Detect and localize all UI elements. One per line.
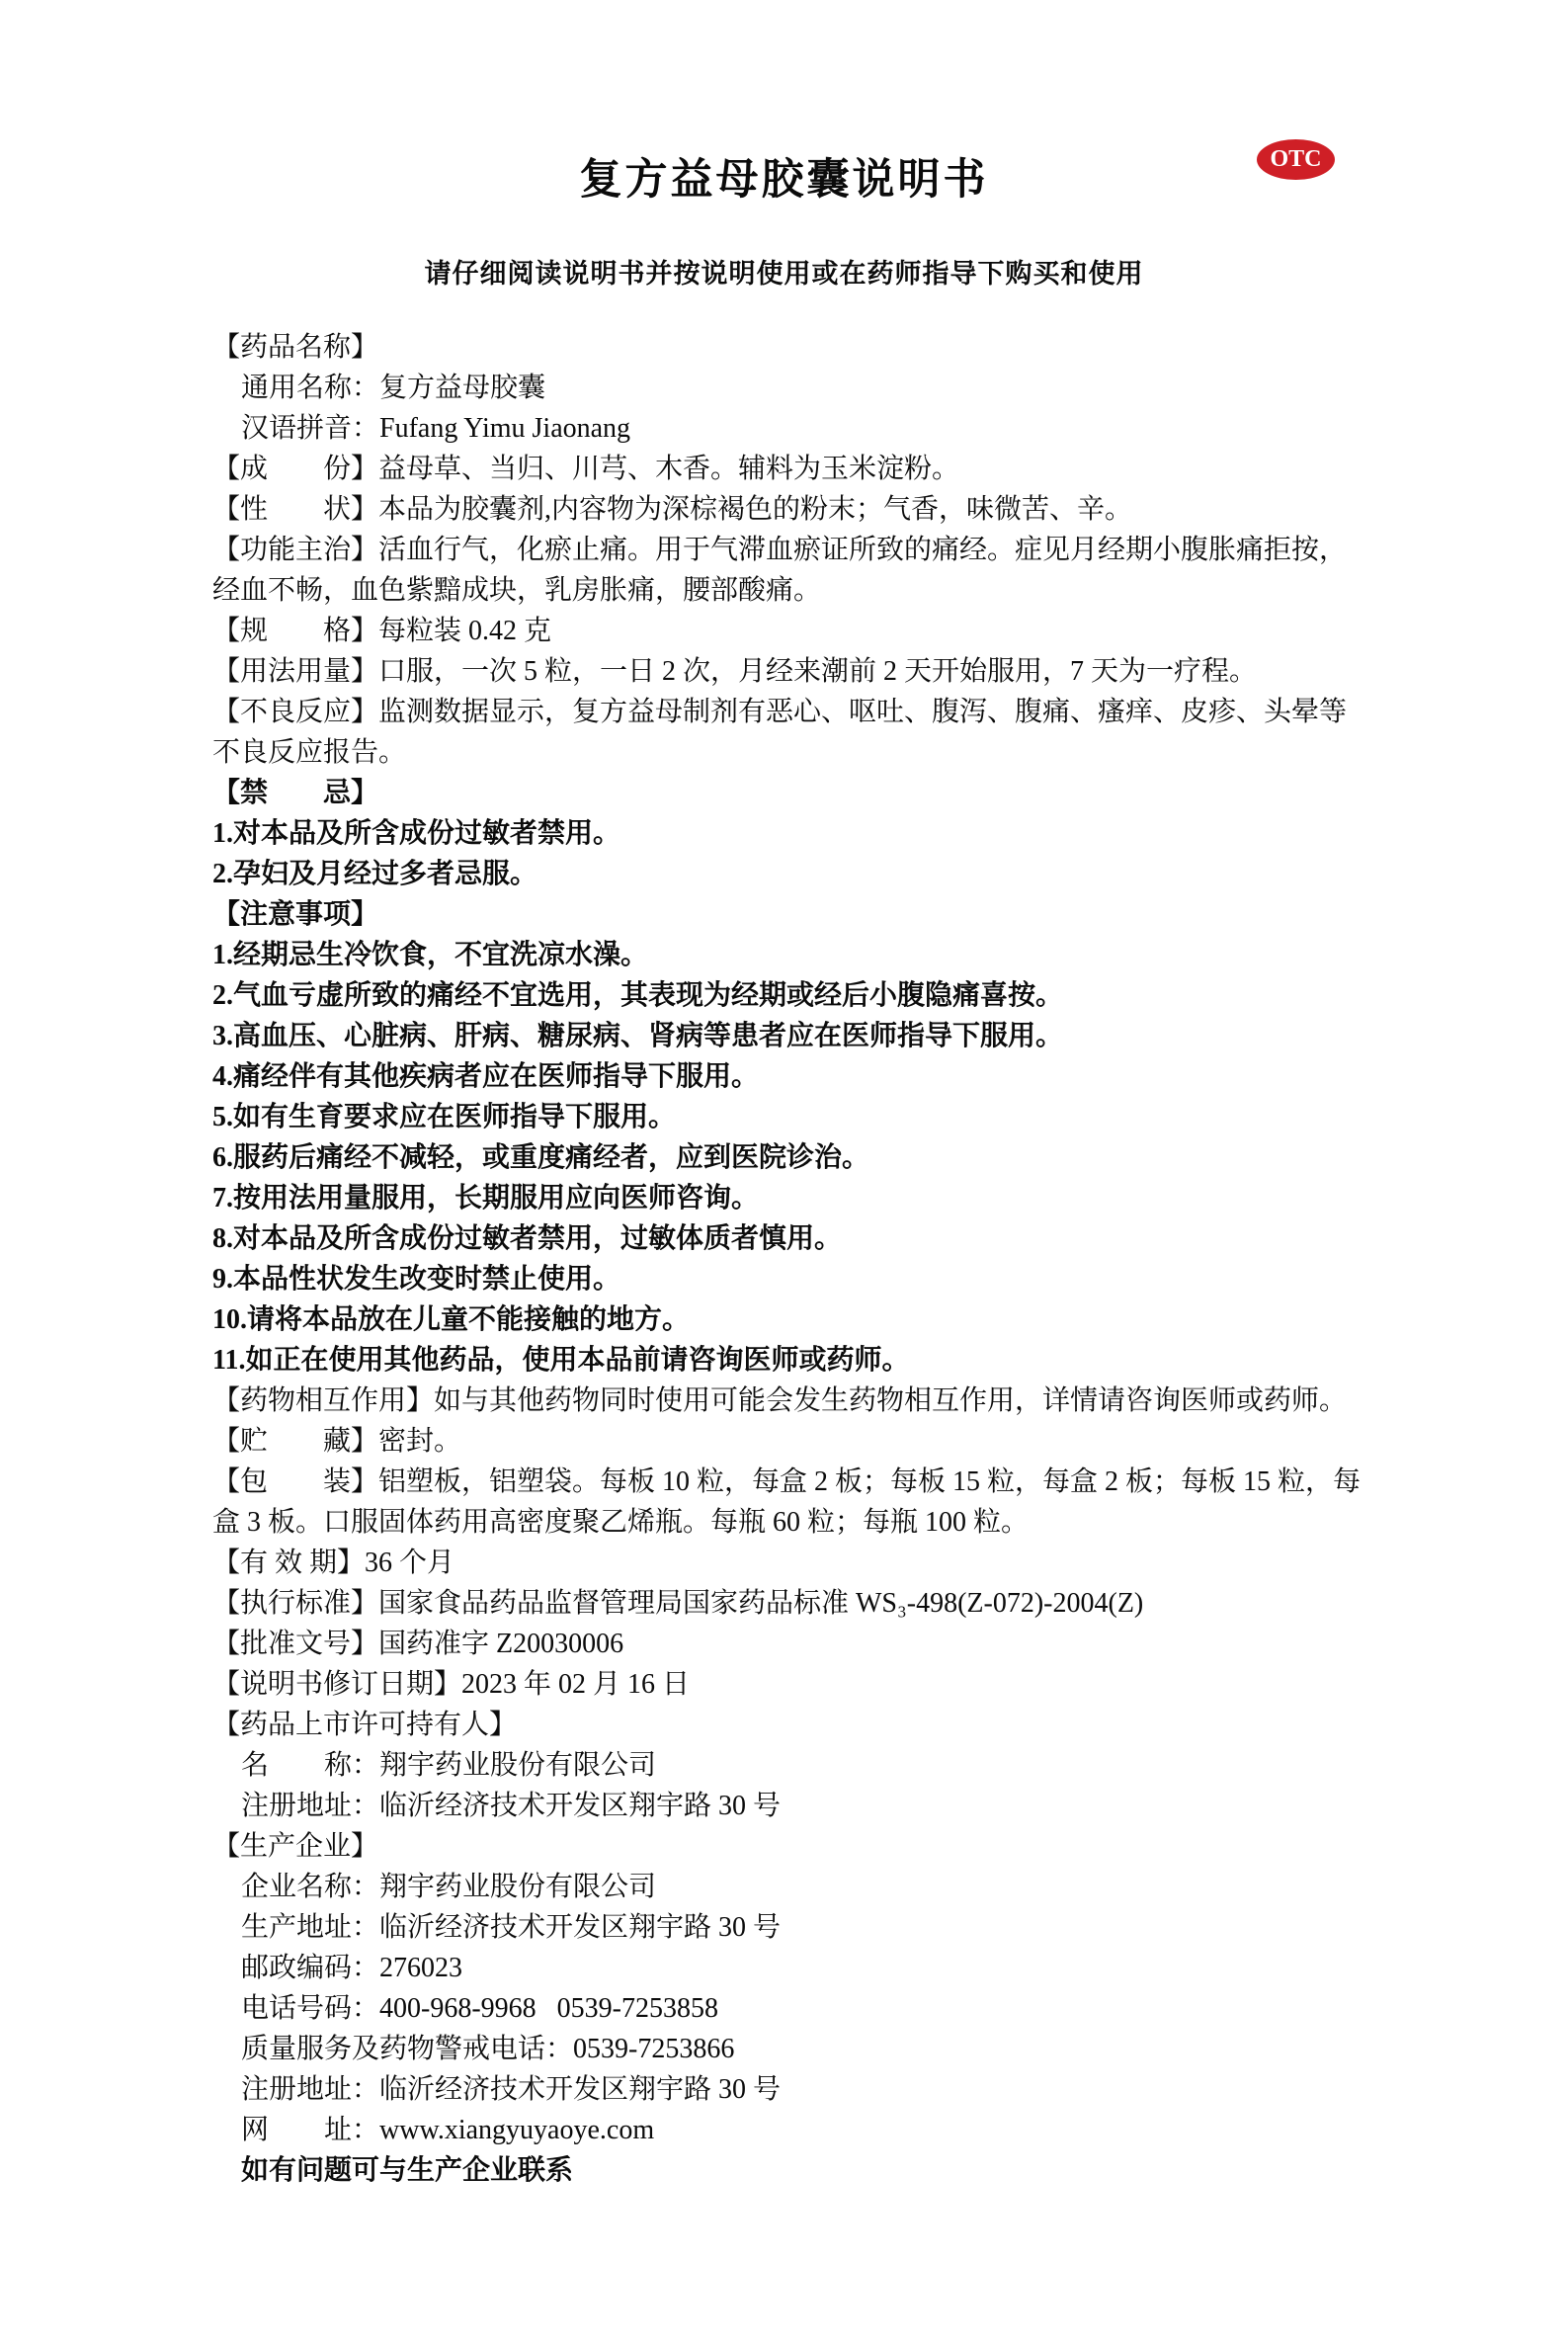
leaflet-header: 复方益母胶囊说明书 OTC 请仔细阅读说明书并按说明使用或在药师指导下购买和使用 [0,0,1568,291]
leaflet-line: 通用名称：复方益母胶囊 [212,368,1420,408]
leaflet-line: 7.按用法用量服用，长期服用应向医师咨询。 [212,1178,1420,1218]
leaflet-line: 【规 格】每粒装 0.42 克 [212,611,1420,651]
leaflet-line: 11.如正在使用其他药品，使用本品前请咨询医师或药师。 [212,1340,1420,1381]
leaflet-line: 【成 份】益母草、当归、川芎、木香。辅料为玉米淀粉。 [212,449,1420,489]
leaflet-line: 8.对本品及所含成份过敏者禁用，过敏体质者慎用。 [212,1218,1420,1259]
leaflet-line: 名 称：翔宇药业股份有限公司 [212,1745,1420,1786]
leaflet-line: 【注意事项】 [212,894,1420,935]
leaflet-line: 企业名称：翔宇药业股份有限公司 [212,1867,1420,1907]
leaflet-line: 9.本品性状发生改变时禁止使用。 [212,1259,1420,1299]
leaflet-body: 【药品名称】通用名称：复方益母胶囊汉语拼音：Fufang Yimu Jiaona… [212,327,1420,2191]
leaflet-line: 注册地址：临沂经济技术开发区翔宇路 30 号 [212,1786,1420,1826]
leaflet-line: 【功能主治】活血行气，化瘀止痛。用于气滞血瘀证所致的痛经。症见月经期小腹胀痛拒按… [212,530,1420,570]
leaflet-line: 汉语拼音：Fufang Yimu Jiaonang [212,408,1420,449]
page-subtitle: 请仔细阅读说明书并按说明使用或在药师指导下购买和使用 [0,252,1568,291]
otc-badge-icon: OTC [1257,139,1335,180]
leaflet-line: 不良反应报告。 [212,732,1420,773]
leaflet-line: 【禁 忌】 [212,773,1420,813]
leaflet-line: 网 址：www.xiangyuyaoye.com [212,2110,1420,2150]
leaflet-line: 经血不畅，血色紫黯成块，乳房胀痛，腰部酸痛。 [212,570,1420,611]
leaflet-line: 2.气血亏虚所致的痛经不宜选用，其表现为经期或经后小腹隐痛喜按。 [212,975,1420,1016]
leaflet-line: 【药物相互作用】如与其他药物同时使用可能会发生药物相互作用，详情请咨询医师或药师… [212,1381,1420,1421]
leaflet-line: 2.孕妇及月经过多者忌服。 [212,854,1420,894]
leaflet-line: 盒 3 板。口服固体药用高密度聚乙烯瓶。每瓶 60 粒；每瓶 100 粒。 [212,1502,1420,1543]
leaflet-line: 4.痛经伴有其他疾病者应在医师指导下服用。 [212,1056,1420,1097]
leaflet-line: 【药品上市许可持有人】 [212,1705,1420,1745]
leaflet-line: 1.对本品及所含成份过敏者禁用。 [212,813,1420,854]
leaflet-line: 质量服务及药物警戒电话：0539-7253866 [212,2029,1420,2069]
leaflet-line: 1.经期忌生冷饮食，不宜洗凉水澡。 [212,935,1420,975]
leaflet-line: 注册地址：临沂经济技术开发区翔宇路 30 号 [212,2069,1420,2110]
leaflet-line: 【生产企业】 [212,1826,1420,1867]
leaflet-line: 电话号码：400-968-9968 0539-7253858 [212,1988,1420,2029]
leaflet-line: 邮政编码：276023 [212,1948,1420,1988]
leaflet-line: 如有问题可与生产企业联系 [212,2150,1420,2191]
leaflet-line: 【用法用量】口服，一次 5 粒，一日 2 次，月经来潮前 2 天开始服用，7 天… [212,651,1420,692]
leaflet-line: 【批准文号】国药准字 Z20030006 [212,1624,1420,1664]
leaflet-line: 6.服药后痛经不减轻，或重度痛经者，应到医院诊治。 [212,1137,1420,1178]
leaflet-line: 5.如有生育要求应在医师指导下服用。 [212,1097,1420,1137]
leaflet-line: 3.高血压、心脏病、肝病、糖尿病、肾病等患者应在医师指导下服用。 [212,1016,1420,1056]
leaflet-line: 【说明书修订日期】2023 年 02 月 16 日 [212,1664,1420,1705]
leaflet-line: 【药品名称】 [212,327,1420,368]
leaflet-line: 【包 装】铝塑板，铝塑袋。每板 10 粒，每盒 2 板；每板 15 粒，每盒 2… [212,1462,1420,1502]
leaflet-line: 【有 效 期】36 个月 [212,1543,1420,1583]
leaflet-line: 【性 状】本品为胶囊剂,内容物为深棕褐色的粉末；气香，味微苦、辛。 [212,489,1420,530]
leaflet-line: 10.请将本品放在儿童不能接触的地方。 [212,1299,1420,1340]
leaflet-page: 复方益母胶囊说明书 OTC 请仔细阅读说明书并按说明使用或在药师指导下购买和使用… [0,0,1568,2343]
leaflet-line: 【不良反应】监测数据显示，复方益母制剂有恶心、呕吐、腹泻、腹痛、瘙痒、皮疹、头晕… [212,692,1420,732]
leaflet-line: 【贮 藏】密封。 [212,1421,1420,1462]
leaflet-line: 【执行标准】国家食品药品监督管理局国家药品标准 WS₃-498(Z-072)-2… [212,1583,1420,1624]
leaflet-line: 生产地址：临沂经济技术开发区翔宇路 30 号 [212,1907,1420,1948]
